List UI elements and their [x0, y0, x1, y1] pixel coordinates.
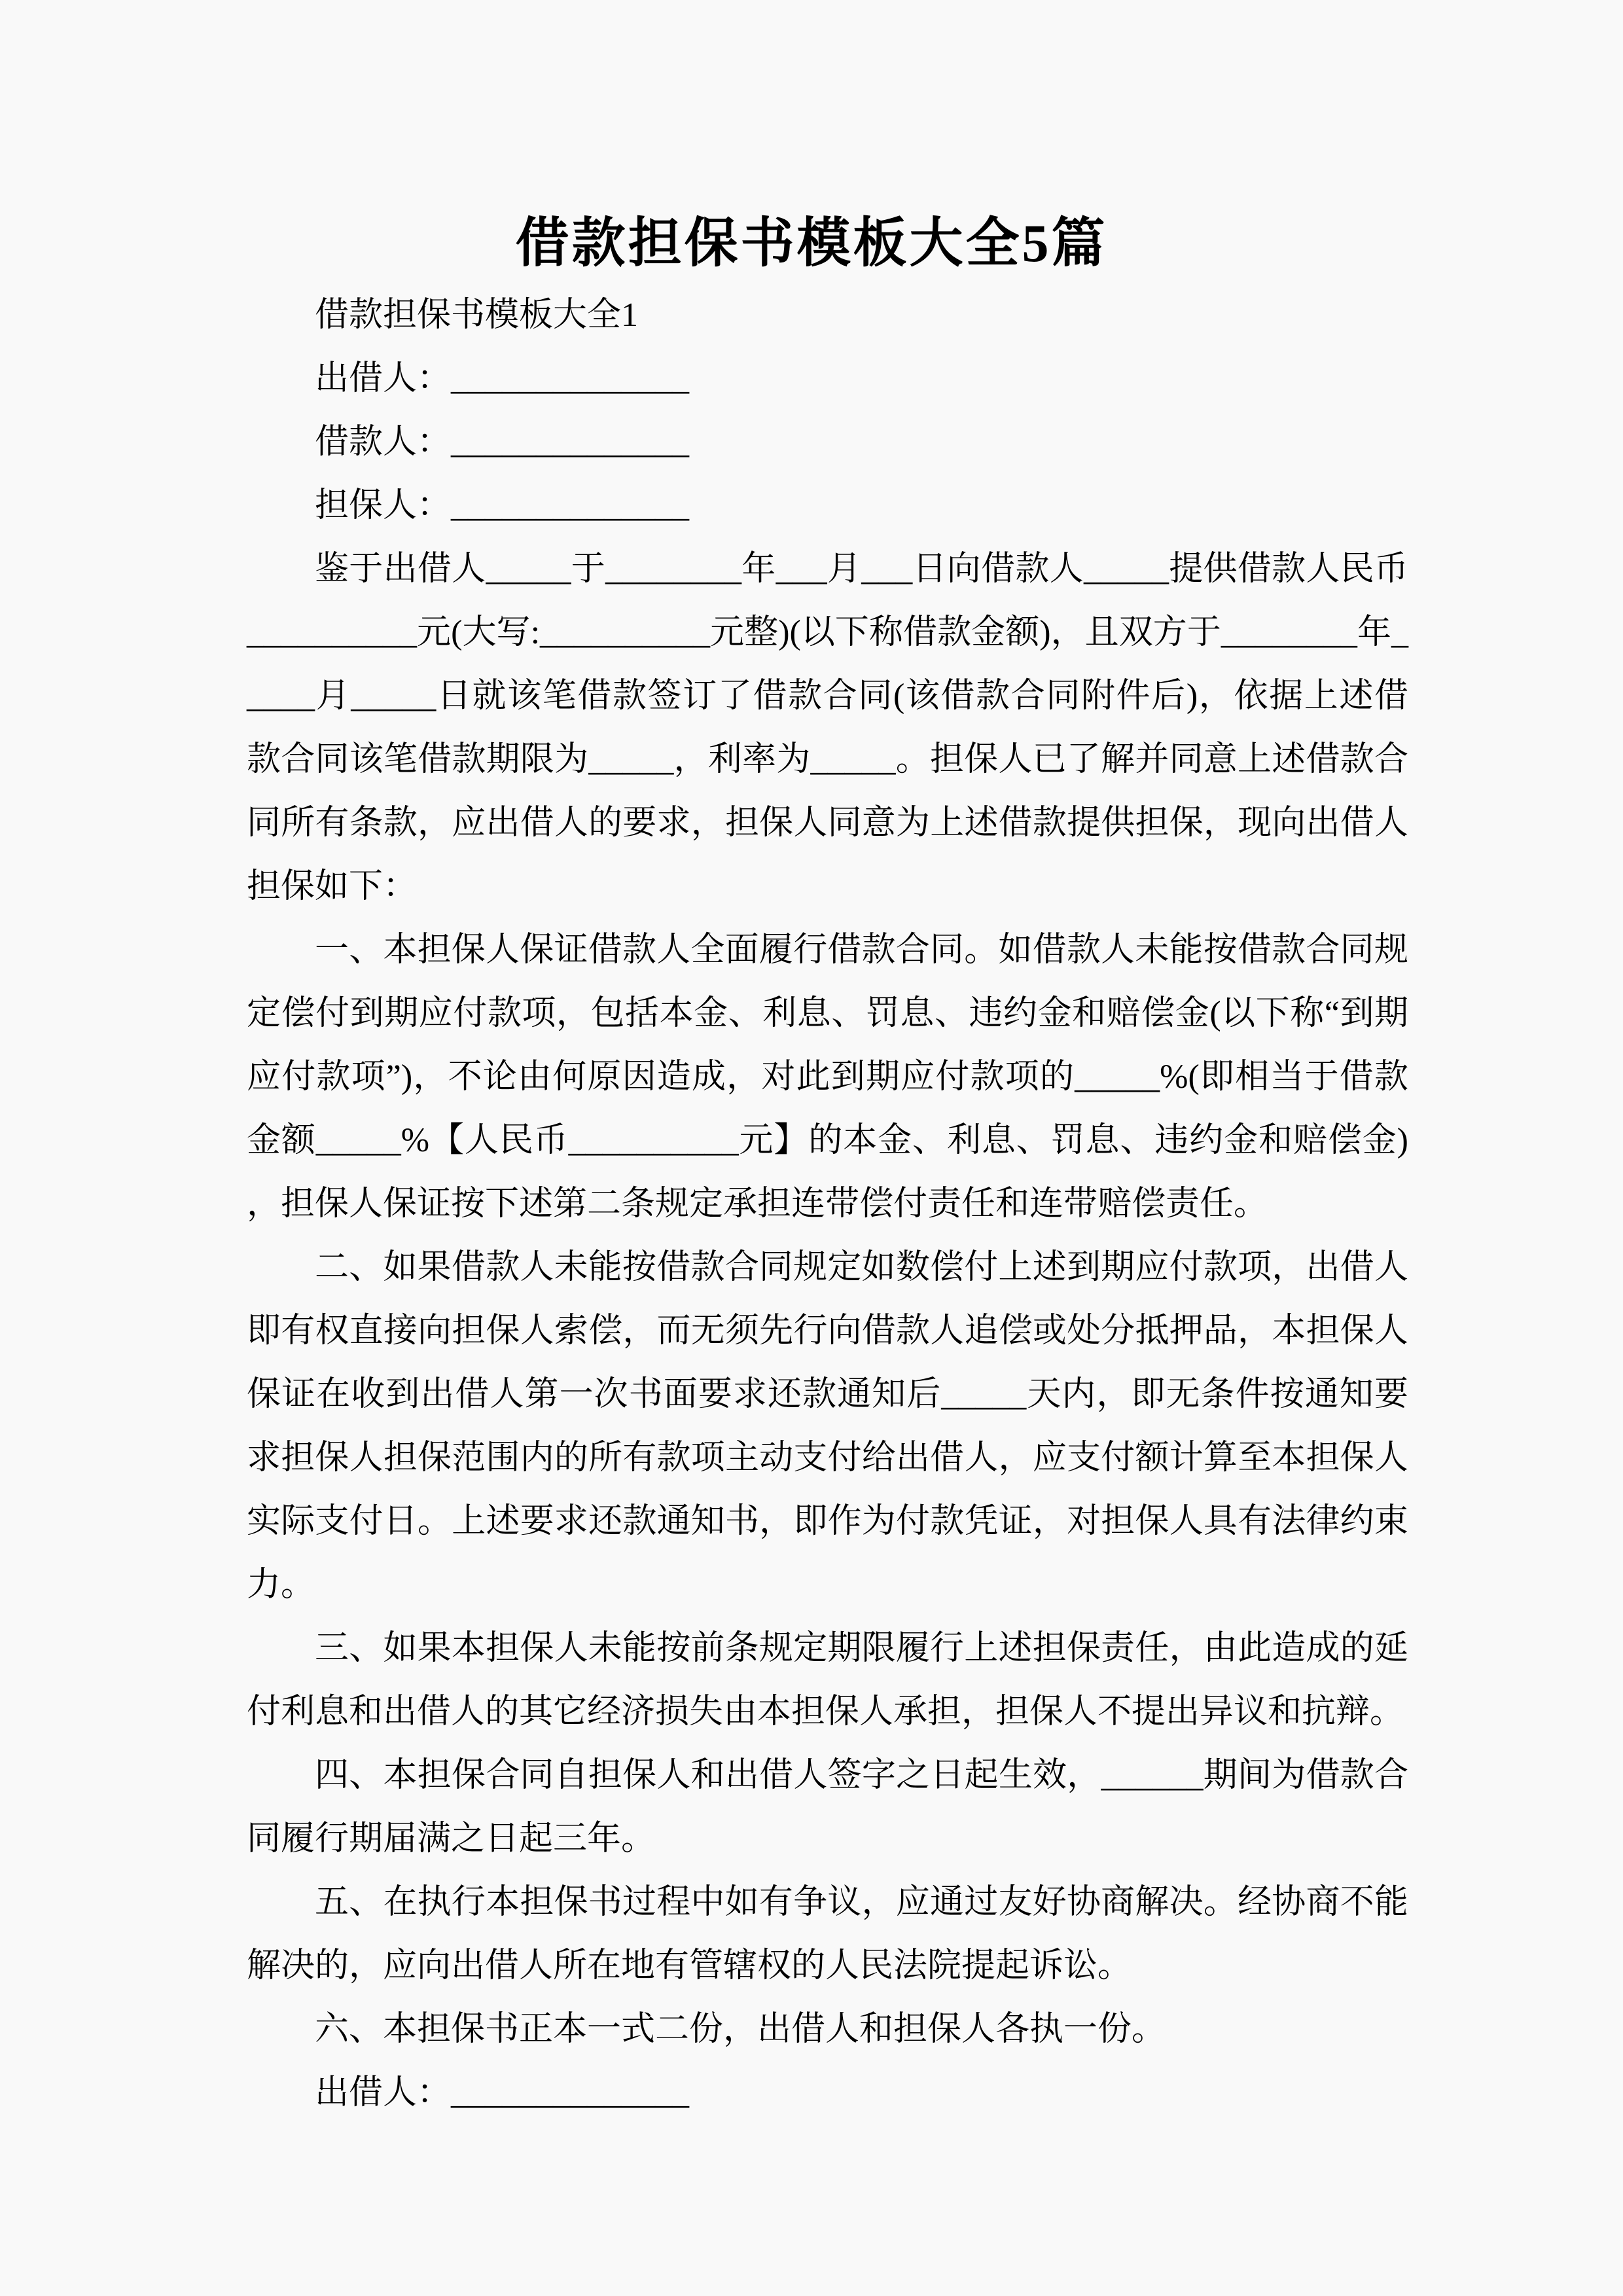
clause-6: 六、本担保书正本一式二份，出借人和担保人各执一份。: [247, 1998, 1408, 2061]
clause-4: 四、本担保合同自担保人和出借人签字之日起生效，______期间为借款合同履行期届…: [247, 1744, 1408, 1871]
guarantor-line: 担保人：______________: [247, 474, 1408, 537]
signature-lender-line: 出借人：______________: [247, 2061, 1408, 2125]
clause-5: 五、在执行本担保书过程中如有争议，应通过友好协商解决。经协商不能解决的，应向出借…: [247, 1871, 1408, 1998]
document-body: 借款担保书模板大全1 出借人：______________ 借款人：______…: [247, 283, 1408, 2125]
subtitle-template-1: 借款担保书模板大全1: [247, 283, 1408, 347]
clause-2: 二、如果借款人未能按借款合同规定如数偿付上述到期应付款项，出借人即有权直接向担保…: [247, 1236, 1408, 1617]
lender-line: 出借人：______________: [247, 347, 1408, 410]
recital-paragraph: 鉴于出借人_____于________年___月___日向借款人_____提供借…: [247, 537, 1408, 918]
clause-1: 一、本担保人保证借款人全面履行借款合同。如借款人未能按借款合同规定偿付到期应付款…: [247, 918, 1408, 1236]
document-title: 借款担保书模板大全5篇: [0, 0, 1623, 274]
document-page: 借款担保书模板大全5篇 借款担保书模板大全1 出借人：_____________…: [0, 0, 1623, 2296]
borrower-line: 借款人：______________: [247, 410, 1408, 474]
clause-3: 三、如果本担保人未能按前条规定期限履行上述担保责任，由此造成的延付利息和出借人的…: [247, 1617, 1408, 1744]
